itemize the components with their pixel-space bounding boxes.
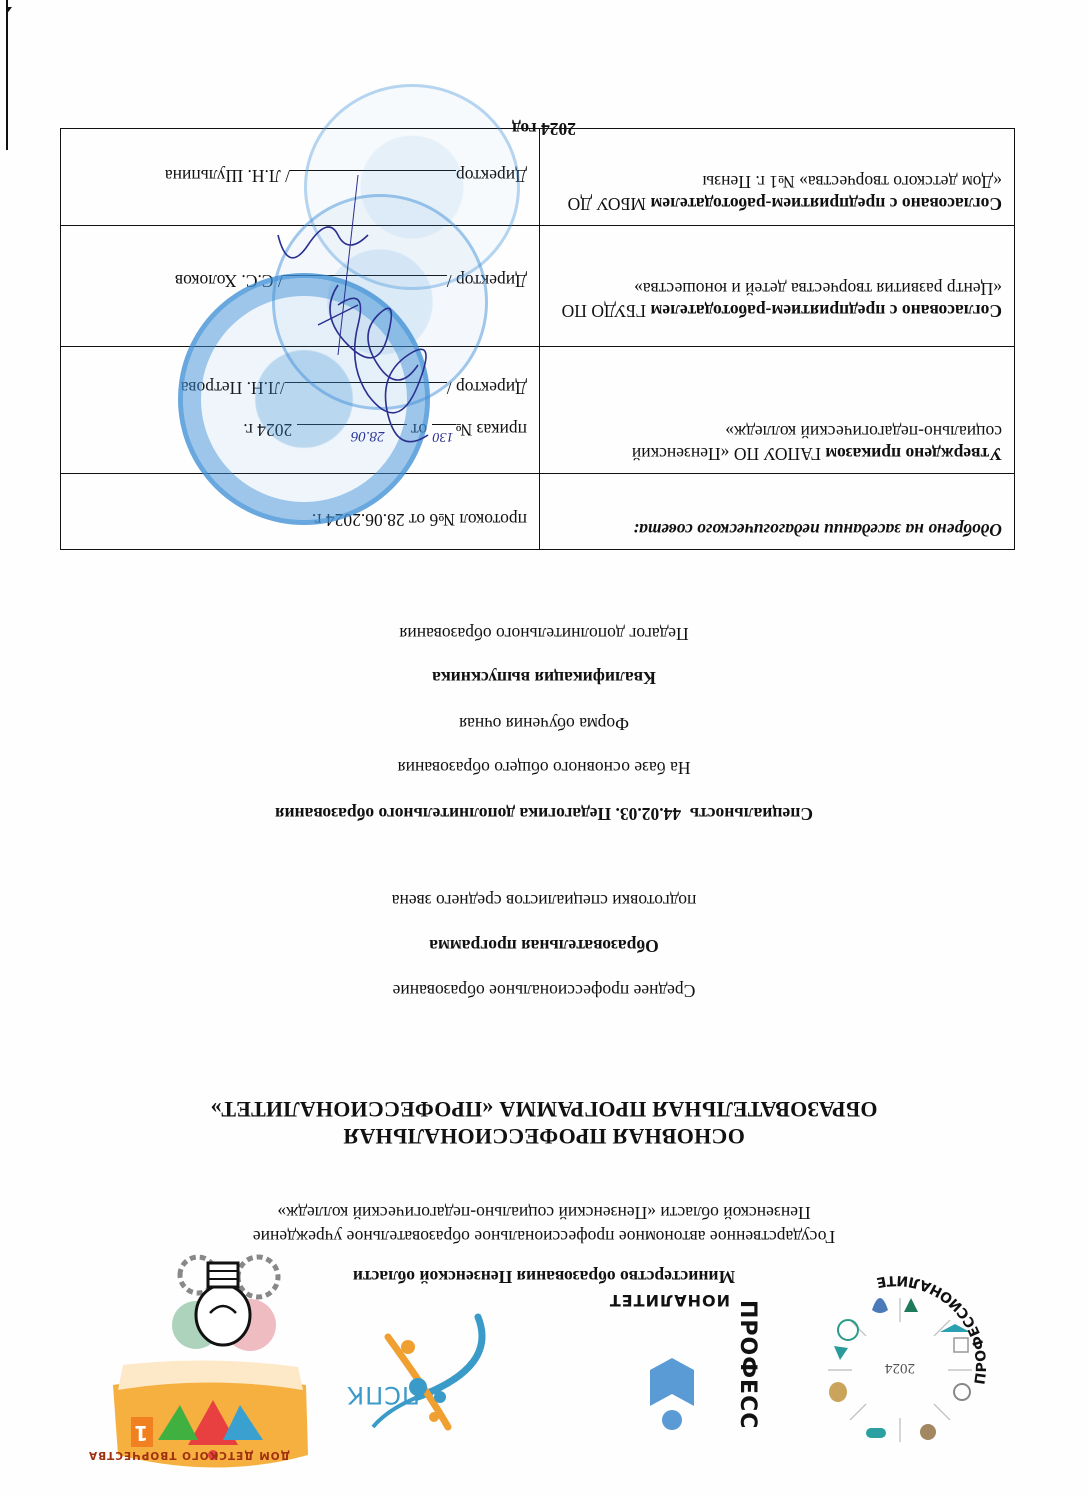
ionalitet-text: ИОНАЛИТЕТ: [609, 1291, 730, 1310]
table-row-order: Утверждено приказом ГАПОУ ПО «Пензенский…: [61, 347, 1015, 474]
pspk-logo: ПСПК: [348, 1297, 538, 1457]
round-logo-year: 2024: [885, 1360, 916, 1376]
ministry-name: Министерство образования Пензенской обла…: [0, 1266, 1088, 1287]
ddt-logo-text: ДОМ ДЕТСКОГО ТВОРЧЕСТВА: [88, 1449, 290, 1461]
agreement-label: Согласовано с предприятием-работодателем: [650, 194, 1002, 214]
scanned-document-page: 2024 ПРОФЕССИОНАЛИТЕТ ПРОФЕСС ИОНАЛИТЕТ …: [0, 0, 1088, 1495]
lightbulb-icon: [158, 1245, 288, 1365]
program-title-line-1: ОСНОВНАЯ ПРОФЕССИОНАЛЬНАЯ: [0, 1123, 1088, 1150]
ddt-logo: ДОМ ДЕТСКОГО ТВОРЧЕСТВА 1: [103, 1355, 318, 1475]
director-signatures: [228, 175, 488, 475]
study-form: Форма обучения очная: [0, 713, 1088, 734]
program-subheading: подготовки специалистов среднего звена: [0, 890, 1088, 911]
council-protocol: протокол №6 от 28.06.2024 г.: [61, 509, 527, 541]
profess-vertical-text: ПРОФЕСС: [735, 1300, 760, 1429]
education-base: На базе основного общего образования: [0, 757, 1088, 778]
scan-corner-mark: [6, 7, 12, 15]
ddt-logo-badge: 1: [134, 1421, 148, 1445]
table-row-pedagogical-council: Одобрено на заседании педагогического со…: [61, 474, 1015, 550]
institution-line-2: Пензенской области «Пензенский социально…: [0, 1202, 1088, 1223]
institution-line-1: Государственное автономное профессиональ…: [0, 1226, 1088, 1247]
qualification: Педагог дополнительного образования: [0, 623, 1088, 644]
specialty: Специальность 44.02.03. Педагогика допол…: [0, 803, 1088, 824]
profesionalitet-round-logo: 2024 ПРОФЕССИОНАЛИТЕТ: [800, 1265, 1020, 1465]
lightbulb-logo: [158, 1245, 288, 1365]
education-level: Среднее профессиональное образование: [0, 980, 1088, 1001]
council-approval-label: Одобрено на заседании педагогического со…: [633, 520, 1002, 540]
profesionalitet-logo: ПРОФЕСС ИОНАЛИТЕТ: [578, 1280, 758, 1460]
approval-table: Одобрено на заседании педагогического со…: [60, 128, 1015, 550]
qualification-heading: Квалификация выпускника: [0, 667, 1088, 688]
document-year: 2024 год: [0, 118, 1088, 139]
table-row-crtdiu: Согласовано с предприятием-работодателем…: [61, 226, 1015, 347]
program-heading: Образовательная программа: [0, 935, 1088, 956]
table-row-ddt: Согласовано с предприятием-работодателем…: [61, 129, 1015, 226]
agreement-label: Согласовано с предприятием-работодателем: [650, 301, 1002, 321]
profess-shield-icon: [640, 1350, 700, 1430]
order-approval-label: Утверждено приказом: [825, 444, 1002, 464]
pspk-logo-text: ПСПК: [346, 1381, 420, 1409]
program-title-line-2: ОБРАЗОВАТЕЛЬНАЯ ПРОГРАММА «ПРОФЕССИОНАЛИ…: [0, 1096, 1088, 1123]
